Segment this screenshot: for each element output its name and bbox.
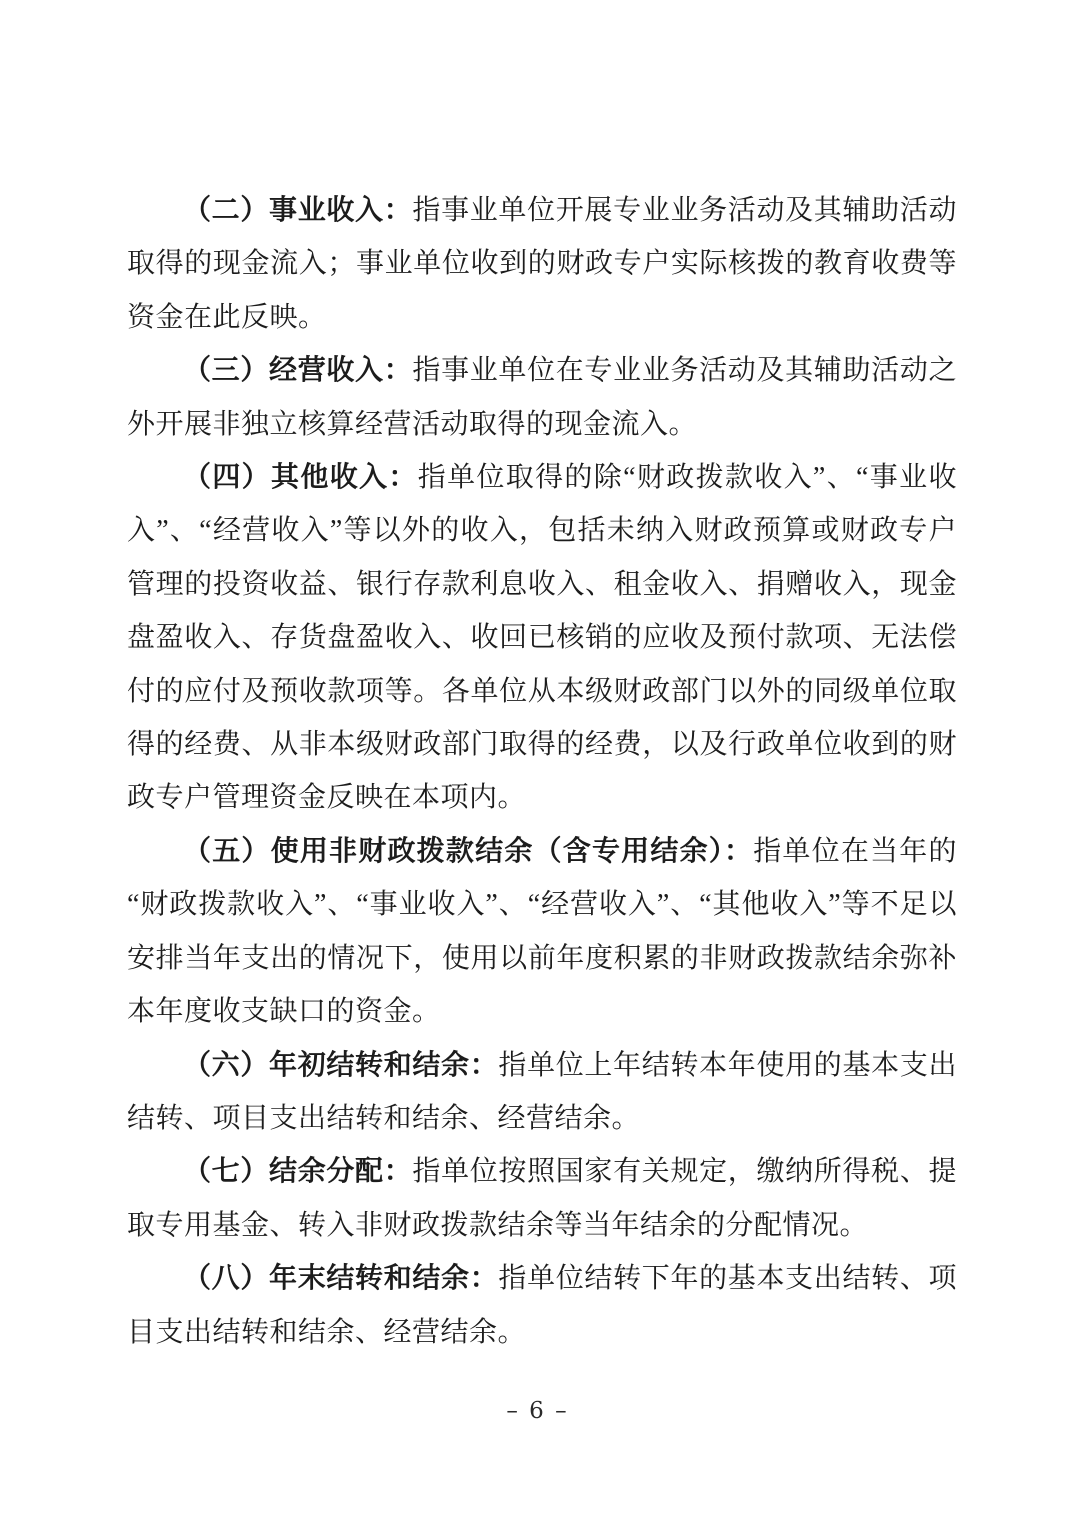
paragraph-item-8: （八）年末结转和结余：指单位结转下年的基本支出结转、项目支出结转和结余、经营结余… xyxy=(127,1252,957,1359)
page-number: – 6 – xyxy=(0,1398,1075,1424)
paragraph-item-2: （二）事业收入：指事业单位开展专业业务活动及其辅助活动取得的现金流入；事业单位收… xyxy=(127,184,957,344)
paragraph-item-7: （七）结余分配：指单位按照国家有关规定，缴纳所得税、提取专用基金、转入非财政拨款… xyxy=(127,1145,957,1252)
paragraph-heading: （三）经营收入： xyxy=(183,355,412,386)
paragraph-heading: （七）结余分配： xyxy=(183,1156,412,1187)
document-body: （二）事业收入：指事业单位开展专业业务活动及其辅助活动取得的现金流入；事业单位收… xyxy=(127,184,957,1359)
document-page: （二）事业收入：指事业单位开展专业业务活动及其辅助活动取得的现金流入；事业单位收… xyxy=(0,0,1075,1520)
paragraph-heading: （六）年初结转和结余： xyxy=(183,1050,498,1081)
paragraph-item-4: （四）其他收入：指单位取得的除“财政拨款收入”、“事业收入”、“经营收入”等以外… xyxy=(127,451,957,825)
paragraph-heading: （二）事业收入： xyxy=(183,195,412,226)
paragraph-item-6: （六）年初结转和结余：指单位上年结转本年使用的基本支出结转、项目支出结转和结余、… xyxy=(127,1039,957,1146)
paragraph-item-5: （五）使用非财政拨款结余（含专用结余）：指单位在当年的“财政拨款收入”、“事业收… xyxy=(127,825,957,1039)
paragraph-heading: （八）年末结转和结余： xyxy=(183,1263,498,1294)
paragraph-item-3: （三）经营收入：指事业单位在专业业务活动及其辅助活动之外开展非独立核算经营活动取… xyxy=(127,344,957,451)
paragraph-heading: （四）其他收入： xyxy=(183,462,418,493)
paragraph-heading: （五）使用非财政拨款结余（含专用结余）： xyxy=(183,836,753,867)
paragraph-body: 指单位取得的除“财政拨款收入”、“事业收入”、“经营收入”等以外的收入，包括未纳… xyxy=(127,462,957,813)
